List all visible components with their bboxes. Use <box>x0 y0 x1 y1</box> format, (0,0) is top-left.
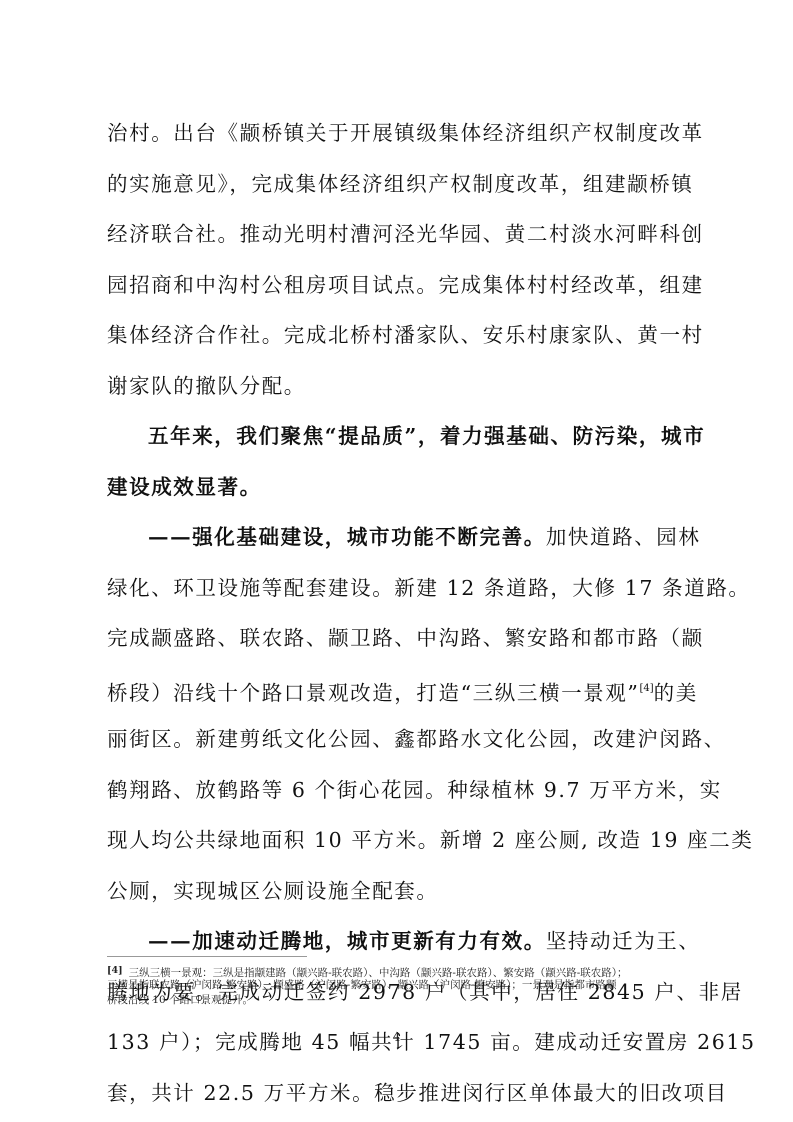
text-line: 治村。出台《颛桥镇关于开展镇级集体经济组织产权制度改革 <box>107 108 687 159</box>
text-line: 园招商和中沟村公租房项目试点。完成集体村村经改革，组建 <box>107 260 687 311</box>
paragraph-lead: ——强化基础建设，城市功能不断完善。 <box>148 525 546 549</box>
text-line: 现人均公共绿地面积 10 平方米。新增 2 座公厕, 改造 19 座二类 <box>107 815 687 866</box>
text-line: 谢家队的撤队分配。 <box>107 361 687 412</box>
paragraph-text: 桥段）沿线十个路口景观改造，打造“三纵三横一景观” <box>107 681 639 705</box>
paragraph-text: 坚持动迁为王、 <box>546 929 701 953</box>
document-page: 治村。出台《颛桥镇关于开展镇级集体经济组织产权制度改革 的实施意见》，完成集体经… <box>0 0 793 1122</box>
text-line: 的实施意见》，完成集体经济组织产权制度改革，组建颛桥镇 <box>107 159 687 210</box>
footnote-line: 桥段沿线 10 个路口景观提升。 <box>107 993 692 1008</box>
text-line: 集体经济合作社。完成北桥村潘家队、安乐村康家队、黄一村 <box>107 310 687 361</box>
text-line: 公厕，实现城区公厕设施全配套。 <box>107 866 687 917</box>
paragraph-relocation-first-line: ——加速动迁腾地，城市更新有力有效。坚持动迁为王、 <box>107 916 687 967</box>
footnote-line: 三横是指联农路（沪闵路-繁安路）、颛盛路（沪闵路-繁安路）、颛兴路（沪闵路-繁安… <box>107 978 692 993</box>
text-line: 套，共计 22.5 万平方米。稳步推进闵行区单体最大的旧改项目 <box>107 1068 687 1119</box>
paragraph-text: 加快道路、园林 <box>546 525 701 549</box>
text-line: 丽街区。新建剪纸文化公园、鑫都路水文化公园，改建沪闵路、 <box>107 714 687 765</box>
text-line: 完成颛盛路、联农路、颛卫路、中沟路、繁安路和都市路（颛 <box>107 613 687 664</box>
section-heading-line: 建设成效显著。 <box>107 462 687 513</box>
text-line: 桥段）沿线十个路口景观改造，打造“三纵三横一景观”[4]的美 <box>107 664 687 715</box>
section-heading-line: 五年来，我们聚焦“提品质”，着力强基础、防污染，城市 <box>107 411 687 462</box>
text-line: 绿化、环卫设施等配套建设。新建 12 条道路，大修 17 条道路。 <box>107 563 687 614</box>
text-line: 鹤翔路、放鹤路等 6 个街心花园。种绿植林 9.7 万平方米，实 <box>107 765 687 816</box>
text-line: 经济联合社。推动光明村漕河泾光华园、黄二村淡水河畔科创 <box>107 209 687 260</box>
footnote-marker: [4] <box>107 965 123 976</box>
footnote: [4]三纵三横一景观：三纵是指颛建路（颛兴路-联农路）、中沟路（颛兴路-联农路）… <box>107 963 692 1008</box>
paragraph-text: 的美 <box>654 681 698 705</box>
footnote-separator <box>107 956 307 957</box>
paragraph-lead: ——加速动迁腾地，城市更新有力有效。 <box>148 929 546 953</box>
paragraph-infrastructure-first-line: ——强化基础建设，城市功能不断完善。加快道路、园林 <box>107 512 687 563</box>
footnote-line: [4]三纵三横一景观：三纵是指颛建路（颛兴路-联农路）、中沟路（颛兴路-联农路）… <box>107 963 692 978</box>
footnote-reference[interactable]: [4] <box>639 683 653 694</box>
page-number: 4 <box>0 1030 793 1044</box>
